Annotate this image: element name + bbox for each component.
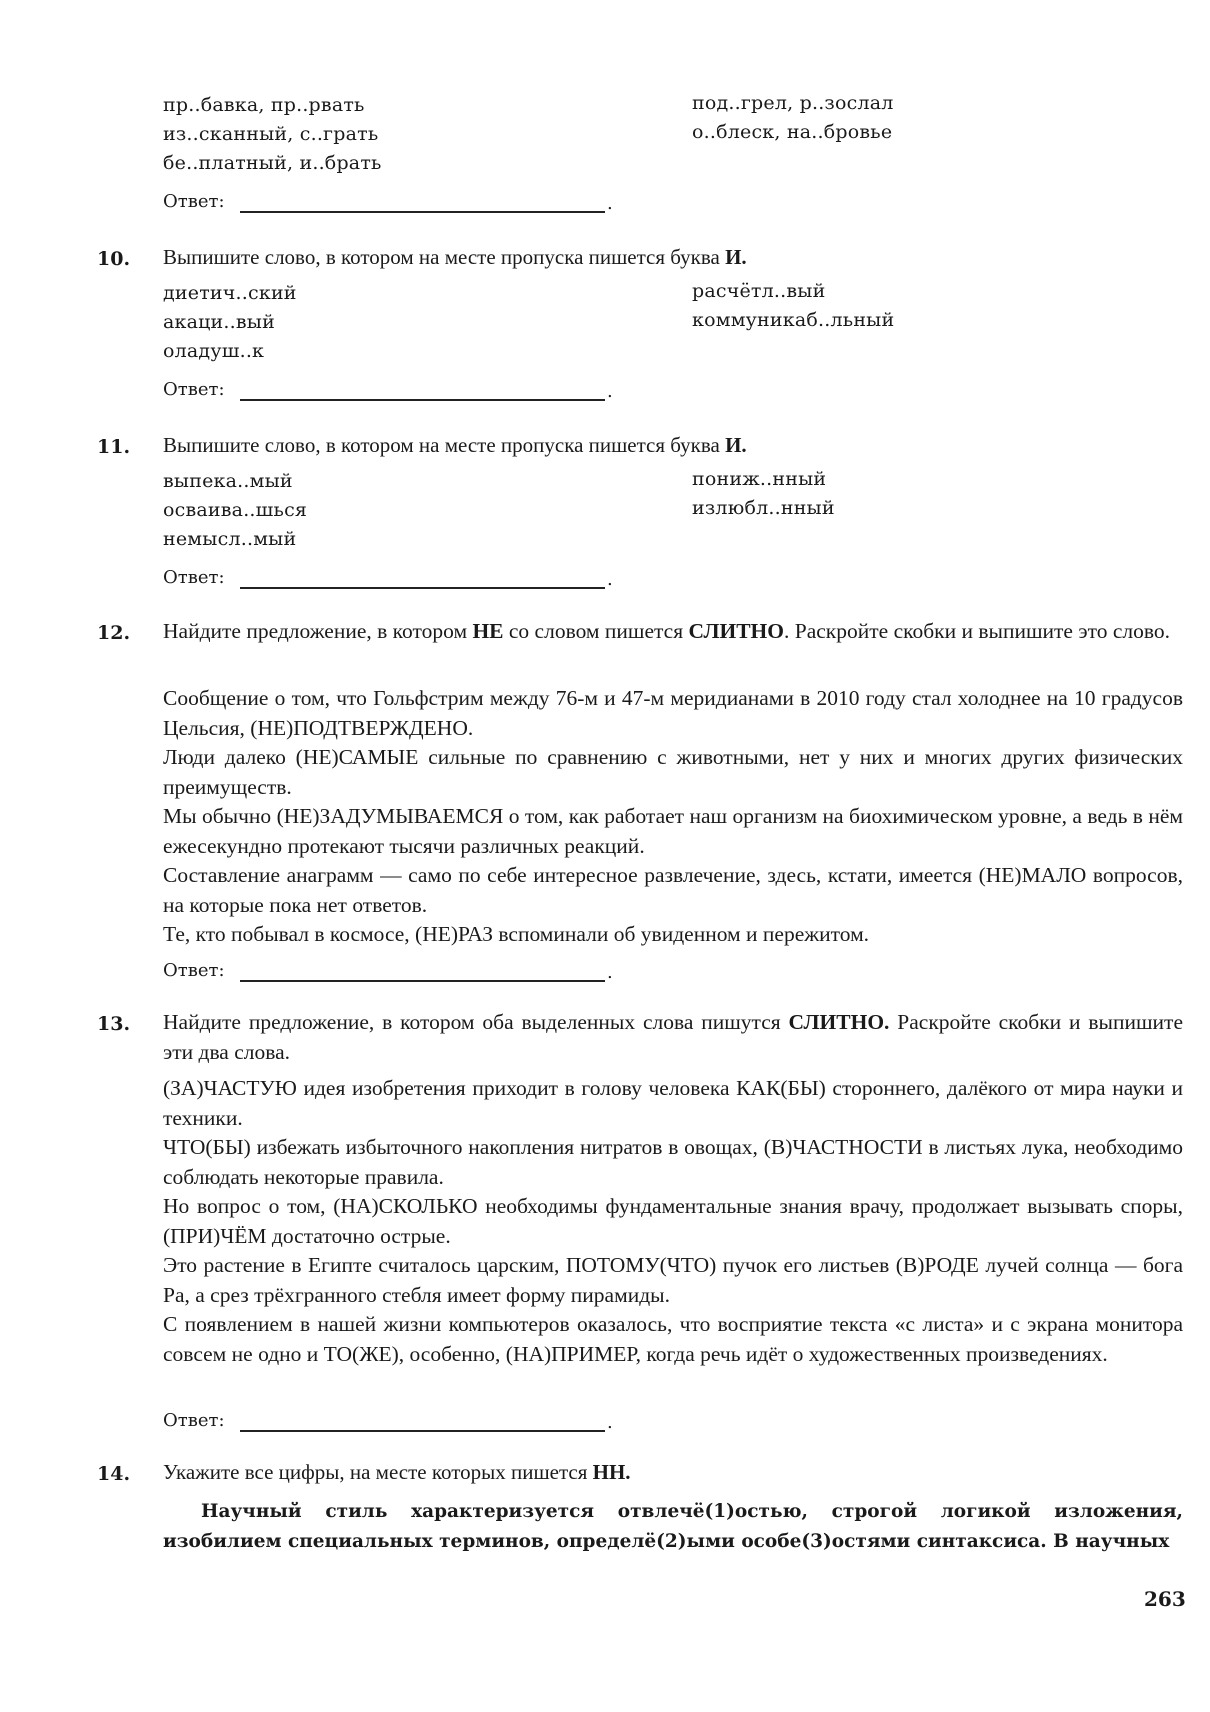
task-prompt: Выпишите слово, в котором на месте пропу…	[163, 245, 747, 270]
sentence: Мы обычно (НЕ)ЗАДУМЫВАЕМСЯ о том, как ра…	[163, 802, 1183, 861]
answer-field[interactable]	[240, 211, 605, 213]
word-option: выпека..мый	[163, 470, 293, 492]
task-number: 12.	[97, 622, 130, 644]
prompt-text: Выпишите слово, в котором на месте пропу…	[163, 433, 725, 457]
answer-label: Ответ:	[163, 567, 225, 588]
sentence: ЧТО(БЫ) избежать избыточного накопления …	[163, 1133, 1183, 1192]
word-option: осваива..шься	[163, 499, 307, 521]
task-number: 10.	[97, 248, 130, 270]
task-text: Научный стиль характеризуется отвлечё(1)…	[163, 1497, 1183, 1557]
sentence: Те, кто побывал в космосе, (НЕ)РАЗ вспом…	[163, 920, 1183, 950]
prompt-text: Выпишите слово, в котором на месте пропу…	[163, 245, 725, 269]
sentence: Но вопрос о том, (НА)СКОЛЬКО необходимы …	[163, 1192, 1183, 1251]
prompt-text: со словом пишется	[504, 619, 689, 643]
answer-period: .	[607, 569, 613, 590]
prompt-emphasis: СЛИТНО.	[789, 1010, 890, 1034]
answer-field[interactable]	[240, 399, 605, 401]
answer-label: Ответ:	[163, 191, 225, 212]
answer-period: .	[607, 962, 613, 983]
word-option: акаци..вый	[163, 311, 275, 333]
answer-label: Ответ:	[163, 960, 225, 981]
word-option: диетич..ский	[163, 282, 297, 304]
answer-period: .	[607, 193, 613, 214]
prompt-text: . Раскройте скобки и выпишите это слово.	[784, 619, 1170, 643]
sentence-list: (ЗА)ЧАСТУЮ идея изобретения приходит в г…	[163, 1074, 1183, 1369]
word-option: пр..бавка, пр..рвать	[163, 94, 365, 116]
word-option: излюбл..нный	[692, 497, 835, 519]
word-option: бе..платный, и..брать	[163, 152, 382, 174]
word-option: оладуш..к	[163, 340, 264, 362]
task-number: 11.	[97, 436, 130, 458]
answer-field[interactable]	[240, 587, 605, 589]
answer-field[interactable]	[240, 1430, 605, 1432]
prompt-emphasis: НЕ	[472, 619, 503, 643]
sentence: Это растение в Египте считалось царским,…	[163, 1251, 1183, 1310]
prompt-text: Укажите все цифры, на месте которых пише…	[163, 1460, 593, 1484]
task-number: 14.	[97, 1463, 130, 1485]
task-prompt: Найдите предложение, в котором НЕ со сло…	[163, 617, 1183, 647]
word-option: немысл..мый	[163, 528, 296, 550]
word-option: коммуникаб..льный	[692, 309, 894, 331]
answer-period: .	[607, 381, 613, 402]
sentence: Люди далеко (НЕ)САМЫЕ сильные по сравнен…	[163, 743, 1183, 802]
prompt-emphasis: НН.	[593, 1460, 631, 1484]
prompt-text: Найдите предложение, в котором оба выдел…	[163, 1010, 789, 1034]
task-number: 13.	[97, 1013, 130, 1035]
prompt-emphasis: И.	[725, 433, 747, 457]
word-option: из..сканный, с..грать	[163, 123, 378, 145]
word-option: расчётл..вый	[692, 280, 825, 302]
task-prompt: Укажите все цифры, на месте которых пише…	[163, 1460, 631, 1485]
sentence: (ЗА)ЧАСТУЮ идея изобретения приходит в г…	[163, 1074, 1183, 1133]
sentence: Сообщение о том, что Гольфстрим между 76…	[163, 684, 1183, 743]
word-option: под..грел, р..зослал	[692, 92, 894, 114]
task-prompt: Выпишите слово, в котором на месте пропу…	[163, 433, 747, 458]
word-option: о..блеск, на..бровье	[692, 121, 892, 143]
prompt-emphasis: И.	[725, 245, 747, 269]
textbook-page: пр..бавка, пр..рвать из..сканный, с..гра…	[0, 0, 1210, 1712]
page-number: 263	[1144, 1587, 1186, 1611]
answer-period: .	[607, 1412, 613, 1433]
answer-field[interactable]	[240, 980, 605, 982]
answer-label: Ответ:	[163, 379, 225, 400]
sentence: Составление анаграмм — само по себе инте…	[163, 861, 1183, 920]
word-option: пониж..нный	[692, 468, 826, 490]
task-prompt: Найдите предложение, в котором оба выдел…	[163, 1008, 1183, 1067]
sentence: С появлением в нашей жизни компьютеров о…	[163, 1310, 1183, 1369]
prompt-emphasis: СЛИТНО	[688, 619, 784, 643]
prompt-text: Найдите предложение, в котором	[163, 619, 472, 643]
sentence-list: Сообщение о том, что Гольфстрим между 76…	[163, 684, 1183, 950]
answer-label: Ответ:	[163, 1410, 225, 1431]
